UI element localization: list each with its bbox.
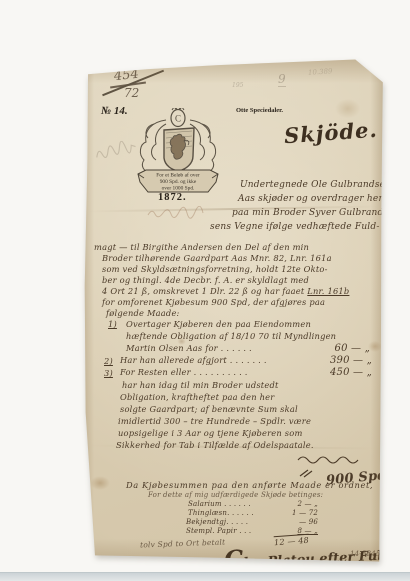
pencil-note: 10.389 [308,67,333,77]
form-number: № 14. [101,105,128,117]
body-line: Sikkerhed for Tab i Tilfælde af Odelspaa… [116,440,314,450]
fee-amount: 1 — 72 [292,509,318,517]
body-line: Broder tilhørende Gaardpart Aas Mnr. 82,… [102,253,332,263]
fee-label: Thinglæsn. . . . . . [188,509,254,517]
list-item-line: For Resten eller . . . . . . . . . . 450… [120,367,372,378]
list-item-line: Har han allerede afgjort . . . . . . . 3… [120,355,372,366]
body-line: Obligation, kraftheftet paa den her [120,392,274,402]
stamp-year: 1872. [158,192,187,203]
body-line: sens Vegne ifølge vedhæftede Fuld- [210,222,380,232]
fee-row: Bekjendtgj. . . . . — 96 [186,518,318,526]
body-line: solgte Gaardpart; af benævnte Sum skal [120,404,298,414]
closing-line: For dette af mig udfærdigede Skjøde beti… [148,491,323,499]
stamp-banner-line3: over 1000 Spd. [162,186,195,192]
body-line: ber og thingl. 4de Decbr. f. A. er skyld… [102,275,309,285]
fee-amount: — 96 [299,518,318,526]
list-item-text: Martin Olsen Aas for . . . . . . [126,343,252,354]
stamp-monogram: C [175,114,181,124]
fee-row: Thinglæsn. . . . . . 1 — 72 [188,509,318,517]
coat-of-arms-stamp: C [132,108,224,200]
list-item-amount: 60 — „ [335,343,370,354]
fee-class-label: Otte Speciedaler. [236,107,283,114]
fee-amount: 2 — „ [297,500,318,508]
body-line: har han idag til min Broder udstedt [122,380,279,390]
table-edge [0,572,410,581]
stamp-banner: For et Beløb af over 900 Spd. og ikke ov… [138,170,218,192]
list-item-line: Martin Olsen Aas for . . . . . . 60 — „ [126,343,370,354]
pencil-note: 195 [232,82,243,89]
list-item-number: 2) [104,356,113,366]
list-item-text: Har han allerede afgjort . . . . . . . [120,355,267,366]
sum-flourish-line [296,454,366,464]
document-photo: 454 72 195 9 10.389 № 14. Otte Speciedal… [0,0,410,581]
body-line: Aas skjøder og overdrager herved [238,194,400,204]
body-line: følgende Maade: [106,308,180,318]
body-line-text: 4 Ort 21 ß, omskrevet 1 Dlr. 22 ß og har… [102,286,304,296]
fee-label: Bekjendtgj. . . . . [186,518,248,526]
list-item-line: hæftende Obligation af 18/10 70 til Mynd… [126,331,336,341]
fee-sum-words: tolv Spd to Ort betalt [140,538,226,550]
signature-journal-ref: 14-3845 [350,550,381,558]
closing-line: Da Kjøbesummen paa den anførte Maade er … [126,480,373,490]
journal-number-denominator: 72 [124,86,139,100]
paper-sheet: 454 72 195 9 10.389 № 14. Otte Speciedal… [82,58,384,564]
body-line: imidlertid 300 – tre Hundrede – Spdlr. v… [118,416,311,426]
body-line: som ved Skyldsætningsforretning, holdt 1… [102,264,328,274]
tally-mark [298,468,316,478]
pencil-note: 9 [278,72,286,87]
signature: Chr. Platou efter Fuldm. [223,535,410,574]
faint-ink-scribble [146,206,206,220]
paper-surface: 454 72 195 9 10.389 № 14. Otte Speciedal… [82,58,384,564]
body-line: Undertegnede Ole Gulbrandsen [240,180,391,190]
stamp-banner-line1: For et Beløb af over [156,172,200,179]
body-line: for omforenet Kjøbesum 900 Spd, der afgj… [102,297,325,307]
fee-label: Stempl. Papir . . . [186,527,251,535]
list-item-number: 1) [108,319,117,329]
parcel-number-ref: Lnr. 161b [307,286,349,296]
fee-label: Salarium . . . . . . [188,500,251,508]
body-line: paa min Broder Syver Gulbrand- [232,208,387,218]
list-item-amount: 450 — „ [330,367,372,378]
list-item-text: For Resten eller . . . . . . . . . . [120,367,248,378]
body-line: magt — til Birgithe Andersen den Del af … [94,242,309,252]
stamp-banner-line2: 900 Spd. og ikke [160,179,197,185]
body-line: 4 Ort 21 ß, omskrevet 1 Dlr. 22 ß og har… [102,286,349,296]
fee-row: Salarium . . . . . . 2 — „ [188,500,318,508]
body-line: uopsigelige i 3 Aar og tjene Kjøberen so… [118,428,303,438]
list-item-number: 3) [104,368,113,378]
list-item-amount: 390 — „ [330,355,372,366]
list-item-line: Overtager Kjøberen den paa Eiendommen [126,319,311,329]
document-title: Skjöde. [283,117,378,148]
